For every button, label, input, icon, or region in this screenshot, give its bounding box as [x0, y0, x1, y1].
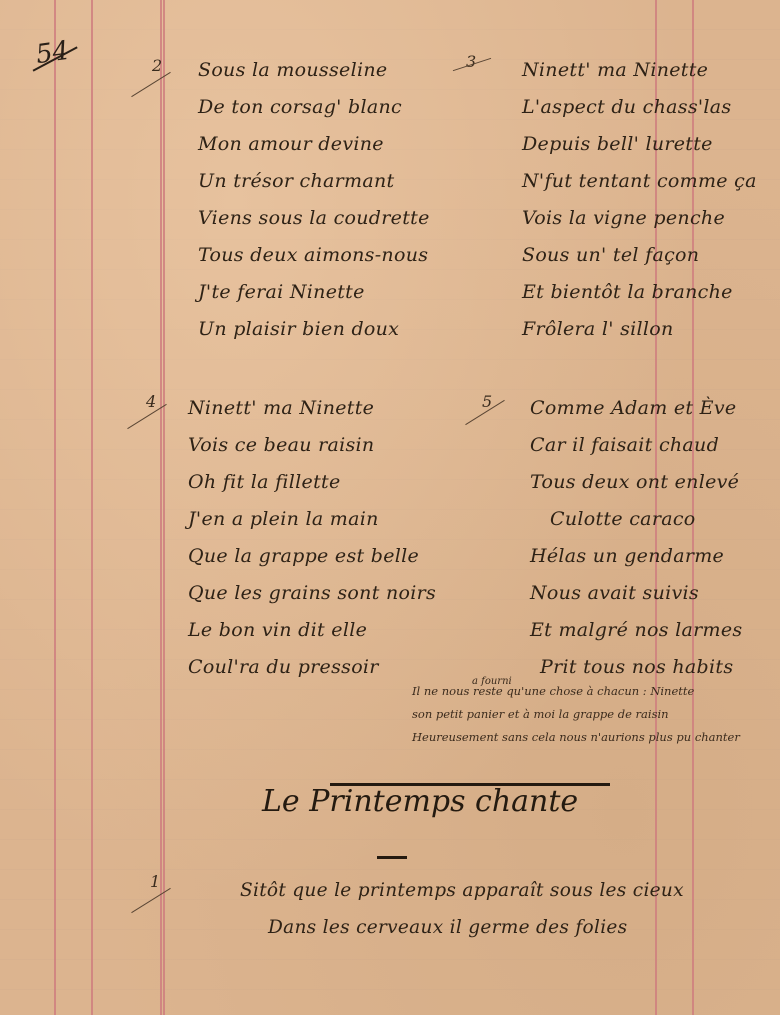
song2-stanza-1: Sitôt que le printemps apparaît sous les…: [240, 872, 684, 946]
verse-line: Mon amour devine: [198, 126, 430, 163]
verse-line: Ninett' ma Ninette: [522, 52, 757, 89]
song-title: Le Printemps chante: [262, 784, 578, 819]
note-line: son petit panier et à moi la grappe de r…: [412, 703, 780, 726]
stanza-2: Sous la mousseline De ton corsag' blanc …: [198, 52, 430, 348]
verse-line: J'te ferai Ninette: [198, 274, 430, 311]
stanza-3: Ninett' ma Ninette L'aspect du chass'las…: [522, 52, 757, 348]
stanza-5: Comme Adam et Ève Car il faisait chaud T…: [530, 390, 742, 686]
verse-line: N'fut tentant comme ça: [522, 163, 757, 200]
verse-line: De ton corsag' blanc: [198, 89, 430, 126]
margin-rule-double: [160, 0, 162, 1015]
verse-line: Sous la mousseline: [198, 52, 430, 89]
verse-line: Nous avait suivis: [530, 575, 742, 612]
verse-line: Un plaisir bien doux: [198, 311, 430, 348]
note-insertion: a fourni: [472, 670, 512, 693]
verse-line: Sous un' tel façon: [522, 237, 757, 274]
stanza-number-slash: [131, 72, 171, 97]
margin-rule: [54, 0, 56, 1015]
margin-note: a fourni Il ne nous reste qu'une chose à…: [412, 680, 780, 749]
stanza-number: 1: [150, 872, 160, 891]
verse-line: Viens sous la coudrette: [198, 200, 430, 237]
verse-line: Ninett' ma Ninette: [188, 390, 436, 427]
note-line: Heureusement sans cela nous n'aurions pl…: [412, 726, 780, 749]
verse-line: Oh fit la fillette: [188, 464, 436, 501]
stanza-number: 3: [466, 52, 476, 71]
verse-line: Frôlera l' sillon: [522, 311, 757, 348]
verse-line: J'en a plein la main: [188, 501, 436, 538]
verse-line: Vois ce beau raisin: [188, 427, 436, 464]
verse-line: Culotte caraco: [530, 501, 742, 538]
stanza-number: 4: [146, 392, 156, 411]
title-strike-line: [330, 783, 610, 786]
verse-line: Vois la vigne penche: [522, 200, 757, 237]
verse-line: Que la grappe est belle: [188, 538, 436, 575]
note-line: Il ne nous reste qu'une chose à chacun :…: [412, 680, 780, 703]
stanza-number: 2: [152, 56, 162, 75]
verse-line: Comme Adam et Ève: [530, 390, 742, 427]
verse-line: Que les grains sont noirs: [188, 575, 436, 612]
verse-line: Tous deux aimons-nous: [198, 237, 430, 274]
verse-line: Dans les cerveaux il germe des folies: [240, 909, 684, 946]
verse-line: Et bientôt la branche: [522, 274, 757, 311]
verse-line: L'aspect du chass'las: [522, 89, 757, 126]
margin-rule: [91, 0, 93, 1015]
stanza-number-slash: [131, 888, 171, 913]
verse-line: Depuis bell' lurette: [522, 126, 757, 163]
verse-line: Sitôt que le printemps apparaît sous les…: [240, 872, 684, 909]
verse-line: Un trésor charmant: [198, 163, 430, 200]
title-separator: [377, 856, 407, 859]
manuscript-page: 54 2 Sous la mousseline De ton corsag' b…: [0, 0, 780, 1015]
verse-line: Tous deux ont enlevé: [530, 464, 742, 501]
verse-line: Et malgré nos larmes: [530, 612, 742, 649]
stanza-4: Ninett' ma Ninette Vois ce beau raisin O…: [188, 390, 436, 686]
verse-line: Car il faisait chaud: [530, 427, 742, 464]
verse-line: Le bon vin dit elle: [188, 612, 436, 649]
verse-line: Hélas un gendarme: [530, 538, 742, 575]
verse-line: Coul'ra du pressoir: [188, 649, 436, 686]
